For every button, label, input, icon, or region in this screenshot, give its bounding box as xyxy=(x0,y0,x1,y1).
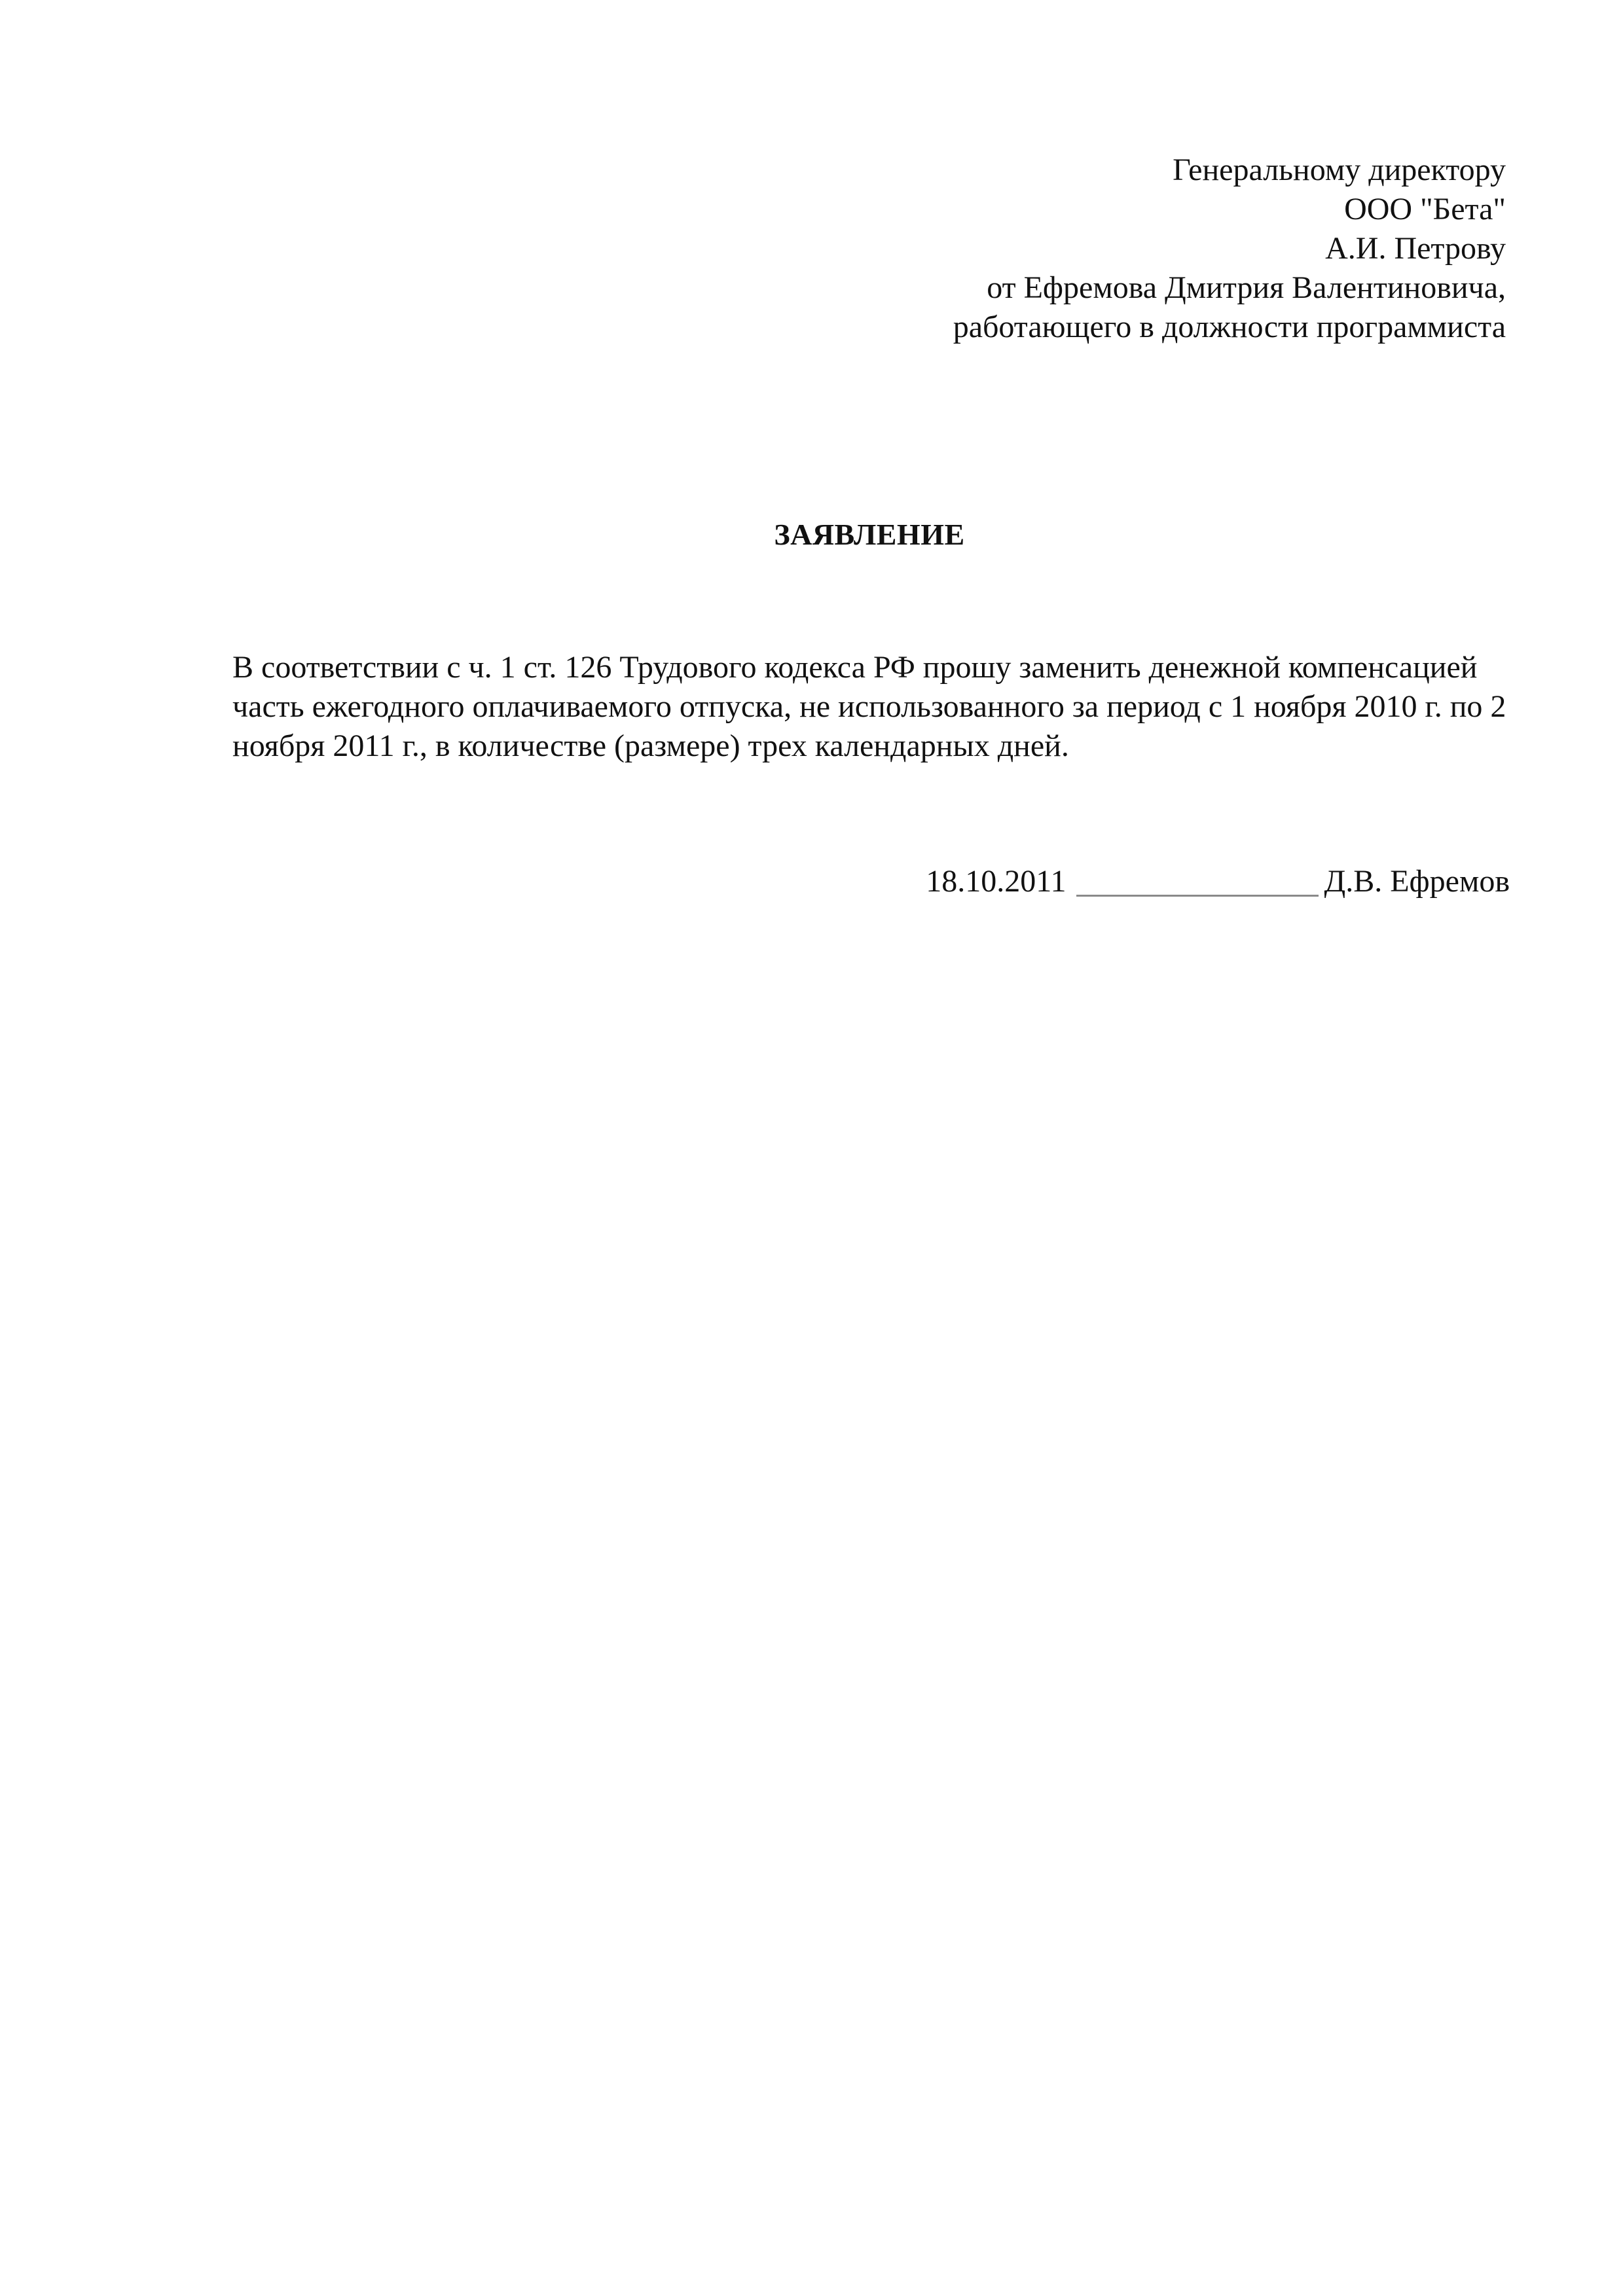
signature-row: 18.10.2011 Д.В. Ефремов xyxy=(926,862,1510,901)
signature-line xyxy=(1076,895,1319,897)
sender-name: от Ефремова Дмитрия Валентиновича, xyxy=(953,268,1506,308)
addressee-name: А.И. Петрову xyxy=(953,229,1506,268)
application-body: В соответствии с ч. 1 ст. 126 Трудового … xyxy=(232,648,1506,766)
addressee-position: Генеральному директору xyxy=(953,151,1506,190)
addressee-block: Генеральному директору ООО "Бета" А.И. П… xyxy=(953,151,1506,347)
body-line: ноября 2011 г., в количестве (размере) т… xyxy=(232,726,1506,766)
signature-date: 18.10.2011 xyxy=(926,862,1066,901)
document-title: ЗАЯВЛЕНИЕ xyxy=(0,515,1623,554)
body-line: часть ежегодного оплачиваемого отпуска, … xyxy=(232,687,1506,726)
sender-position: работающего в должности программиста xyxy=(953,308,1506,347)
addressee-company: ООО "Бета" xyxy=(953,190,1506,229)
signatory-name: Д.В. Ефремов xyxy=(1324,862,1510,901)
body-line: В соответствии с ч. 1 ст. 126 Трудового … xyxy=(232,648,1506,687)
document-page: Генеральному директору ООО "Бета" А.И. П… xyxy=(0,0,1623,2296)
